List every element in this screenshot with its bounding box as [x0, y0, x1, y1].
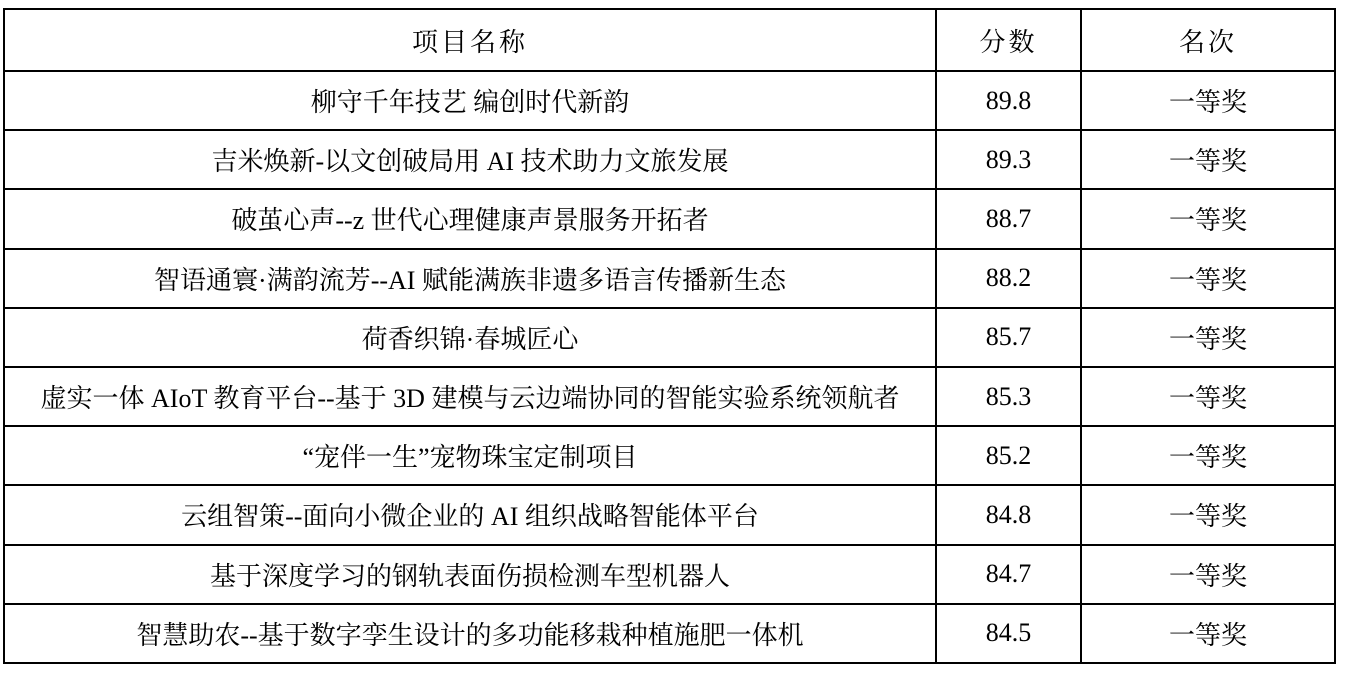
rank-cell: 一等奖	[1081, 249, 1335, 308]
table-row: 智语通寰·满韵流芳--AI 赋能满族非遗多语言传播新生态 88.2 一等奖	[4, 249, 1335, 308]
score-cell: 84.5	[936, 604, 1081, 663]
project-name-cell: 柳守千年技艺 编创时代新韵	[4, 71, 936, 130]
table-row: 荷香织锦·春城匠心 85.7 一等奖	[4, 308, 1335, 367]
score-cell: 84.7	[936, 545, 1081, 604]
project-name-cell: 破茧心声--z 世代心理健康声景服务开拓者	[4, 189, 936, 248]
score-cell: 89.3	[936, 130, 1081, 189]
project-name-cell: 智慧助农--基于数字孪生设计的多功能移栽种植施肥一体机	[4, 604, 936, 663]
rank-cell: 一等奖	[1081, 130, 1335, 189]
results-table: 项目名称 分数 名次 柳守千年技艺 编创时代新韵 89.8 一等奖 吉米焕新-以…	[3, 8, 1336, 664]
score-cell: 89.8	[936, 71, 1081, 130]
table-row: “宠伴一生”宠物珠宝定制项目 85.2 一等奖	[4, 426, 1335, 485]
header-project-name: 项目名称	[4, 9, 936, 71]
project-name-cell: 吉米焕新-以文创破局用 AI 技术助力文旅发展	[4, 130, 936, 189]
table-row: 基于深度学习的钢轨表面伤损检测车型机器人 84.7 一等奖	[4, 545, 1335, 604]
table-row: 吉米焕新-以文创破局用 AI 技术助力文旅发展 89.3 一等奖	[4, 130, 1335, 189]
document-page: 项目名称 分数 名次 柳守千年技艺 编创时代新韵 89.8 一等奖 吉米焕新-以…	[0, 0, 1348, 676]
score-cell: 85.3	[936, 367, 1081, 426]
project-name-cell: 云组智策--面向小微企业的 AI 组织战略智能体平台	[4, 485, 936, 544]
project-name-cell: 虚实一体 AIoT 教育平台--基于 3D 建模与云边端协同的智能实验系统领航者	[4, 367, 936, 426]
score-cell: 88.7	[936, 189, 1081, 248]
project-name-cell: 基于深度学习的钢轨表面伤损检测车型机器人	[4, 545, 936, 604]
rank-cell: 一等奖	[1081, 71, 1335, 130]
header-rank: 名次	[1081, 9, 1335, 71]
table-row: 云组智策--面向小微企业的 AI 组织战略智能体平台 84.8 一等奖	[4, 485, 1335, 544]
rank-cell: 一等奖	[1081, 545, 1335, 604]
project-name-cell: “宠伴一生”宠物珠宝定制项目	[4, 426, 936, 485]
rank-cell: 一等奖	[1081, 426, 1335, 485]
rank-cell: 一等奖	[1081, 189, 1335, 248]
score-cell: 84.8	[936, 485, 1081, 544]
project-name-cell: 荷香织锦·春城匠心	[4, 308, 936, 367]
table-row: 柳守千年技艺 编创时代新韵 89.8 一等奖	[4, 71, 1335, 130]
score-cell: 85.2	[936, 426, 1081, 485]
rank-cell: 一等奖	[1081, 308, 1335, 367]
header-row: 项目名称 分数 名次	[4, 9, 1335, 71]
project-name-cell: 智语通寰·满韵流芳--AI 赋能满族非遗多语言传播新生态	[4, 249, 936, 308]
table-row: 智慧助农--基于数字孪生设计的多功能移栽种植施肥一体机 84.5 一等奖	[4, 604, 1335, 663]
header-score: 分数	[936, 9, 1081, 71]
rank-cell: 一等奖	[1081, 604, 1335, 663]
rank-cell: 一等奖	[1081, 367, 1335, 426]
table-row: 虚实一体 AIoT 教育平台--基于 3D 建模与云边端协同的智能实验系统领航者…	[4, 367, 1335, 426]
score-cell: 85.7	[936, 308, 1081, 367]
score-cell: 88.2	[936, 249, 1081, 308]
table-row: 破茧心声--z 世代心理健康声景服务开拓者 88.7 一等奖	[4, 189, 1335, 248]
rank-cell: 一等奖	[1081, 485, 1335, 544]
